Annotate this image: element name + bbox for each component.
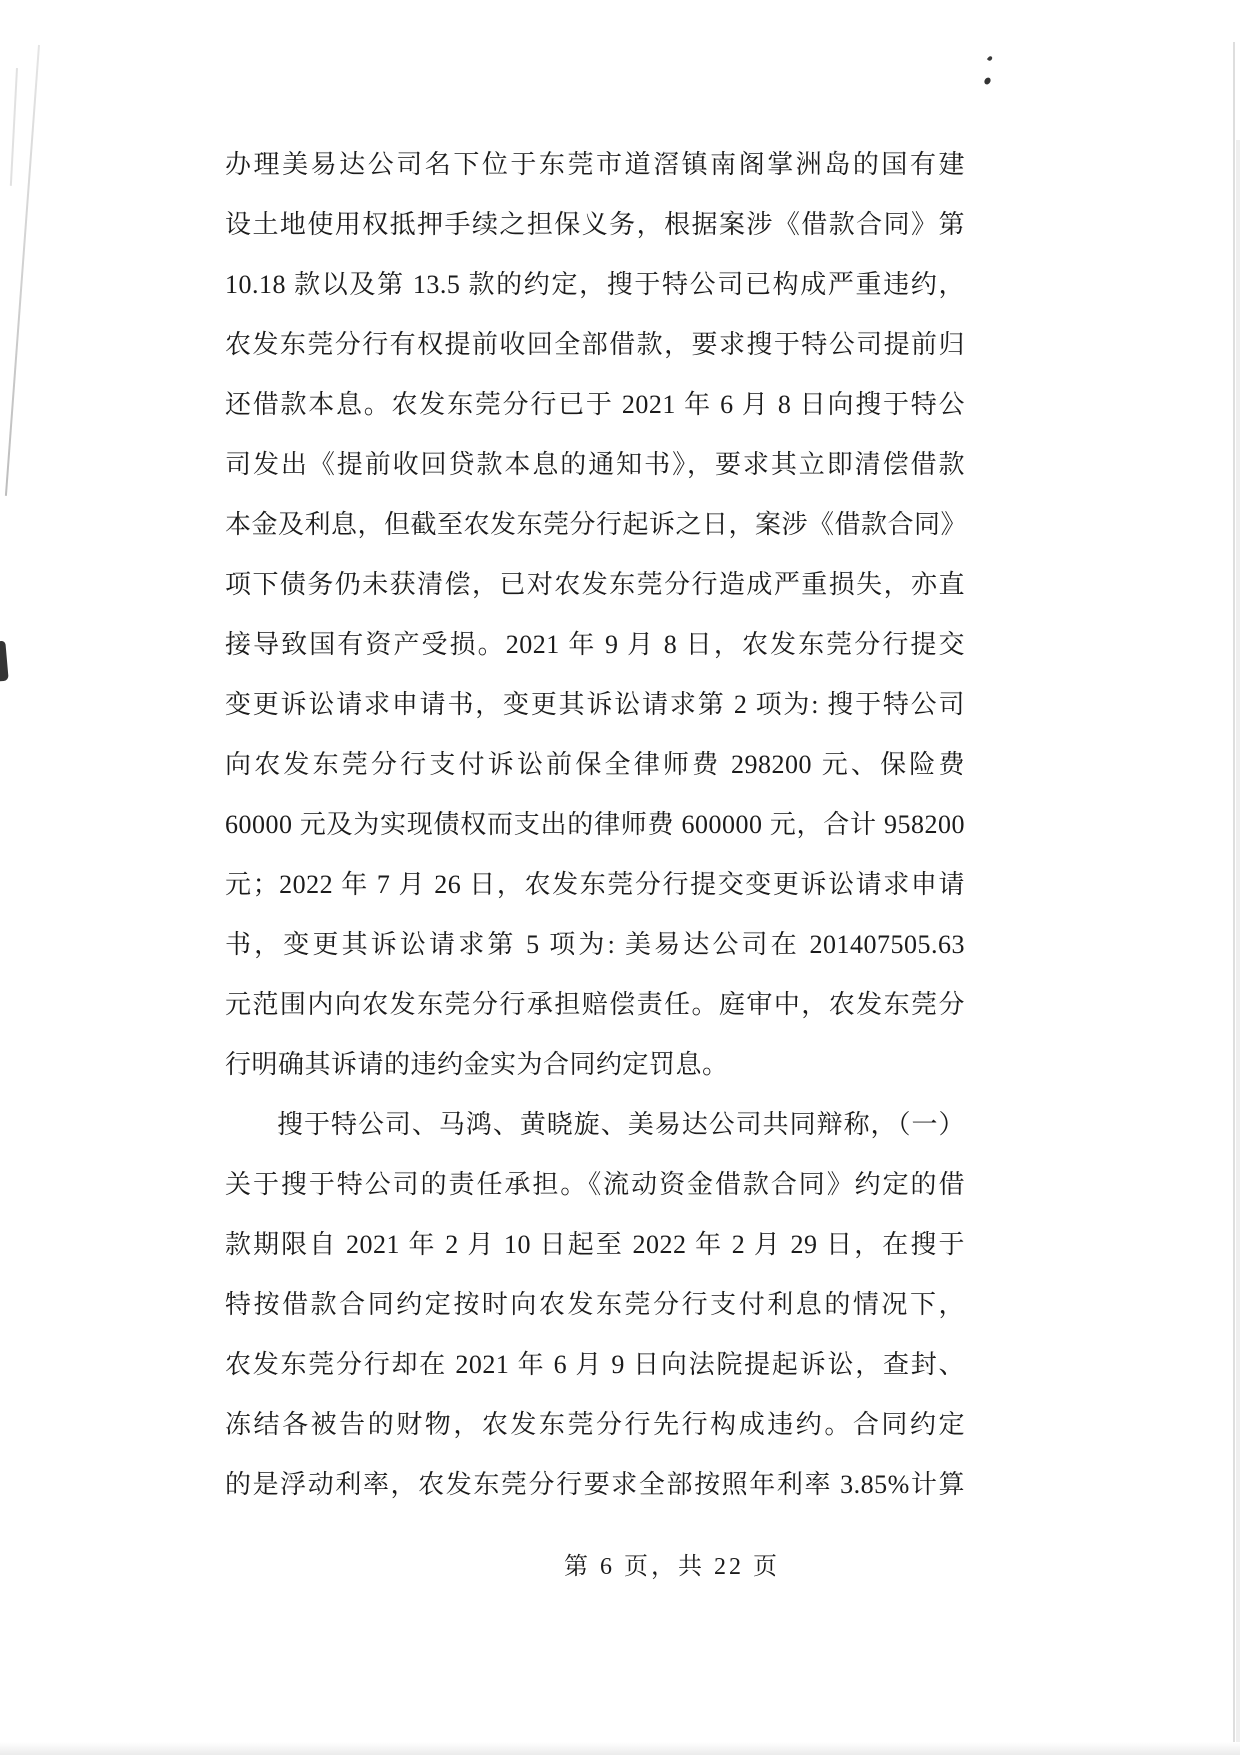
- scan-edge-bottom: [0, 1742, 1240, 1755]
- text-line: 农发东莞分行有权提前收回全部借款，要求搜于特公司提前归: [225, 315, 965, 375]
- text-line: 行明确其诉请的违约金实为合同约定罚息。: [225, 1035, 965, 1095]
- text-line: 款期限自 2021 年 2 月 10 日起至 2022 年 2 月 29 日，在…: [225, 1215, 965, 1275]
- scan-edge-right: [1233, 42, 1235, 1755]
- text-line: 农发东莞分行却在 2021 年 6 月 9 日向法院提起诉讼，查封、: [225, 1335, 965, 1395]
- text-line: 元范围内向农发东莞分行承担赔偿责任。庭审中，农发东莞分: [225, 975, 965, 1035]
- scan-edge-right: [1236, 140, 1240, 1755]
- speck-artifact: [987, 55, 993, 61]
- text-line: 10.18 款以及第 13.5 款的约定，搜于特公司已构成严重违约，: [225, 255, 965, 315]
- crease-line-artifact: [10, 68, 18, 186]
- text-line: 本金及利息，但截至农发东莞分行起诉之日，案涉《借款合同》: [225, 495, 965, 555]
- crease-line-artifact: [5, 45, 40, 496]
- text-line: 办理美易达公司名下位于东莞市道滘镇南阁掌洲岛的国有建: [225, 135, 965, 195]
- text-line: 接导致国有资产受损。2021 年 9 月 8 日，农发东莞分行提交: [225, 615, 965, 675]
- text-line: 的是浮动利率，农发东莞分行要求全部按照年利率 3.85%计算: [225, 1455, 965, 1515]
- text-line: 元；2022 年 7 月 26 日，农发东莞分行提交变更诉讼请求申请: [225, 855, 965, 915]
- body-text: 办理美易达公司名下位于东莞市道滘镇南阁掌洲岛的国有建 设土地使用权抵押手续之担保…: [225, 135, 965, 1515]
- text-line: 60000 元及为实现债权而支出的律师费 600000 元，合计 958200: [225, 795, 965, 855]
- speck-artifact: [983, 77, 992, 86]
- text-line: 设土地使用权抵押手续之担保义务，根据案涉《借款合同》第: [225, 195, 965, 255]
- text-line: 书，变更其诉讼请求第 5 项为: 美易达公司在 201407505.63: [225, 915, 965, 975]
- text-line: 项下债务仍未获清偿，已对农发东莞分行造成严重损失，亦直: [225, 555, 965, 615]
- text-line: 特按借款合同约定按时向农发东莞分行支付利息的情况下，: [225, 1275, 965, 1335]
- page-footer: 第 6 页，共 22 页: [564, 1546, 780, 1581]
- text-line: 冻结各被告的财物，农发东莞分行先行构成违约。合同约定: [225, 1395, 965, 1455]
- text-line: 向农发东莞分行支付诉讼前保全律师费 298200 元、保险费: [225, 735, 965, 795]
- document-page: 办理美易达公司名下位于东莞市道滘镇南阁掌洲岛的国有建 设土地使用权抵押手续之担保…: [0, 0, 1240, 1755]
- text-line: 变更诉讼请求申请书，变更其诉讼请求第 2 项为: 搜于特公司: [225, 675, 965, 735]
- text-line: 司发出《提前收回贷款本息的通知书》，要求其立即清偿借款: [225, 435, 965, 495]
- text-line: 关于搜于特公司的责任承担。《流动资金借款合同》约定的借: [225, 1155, 965, 1215]
- text-line: 还借款本息。农发东莞分行已于 2021 年 6 月 8 日向搜于特公: [225, 375, 965, 435]
- text-line: 搜于特公司、马鸿、黄晓旋、美易达公司共同辩称，（一）: [225, 1095, 965, 1155]
- ink-blot-artifact: [0, 641, 9, 682]
